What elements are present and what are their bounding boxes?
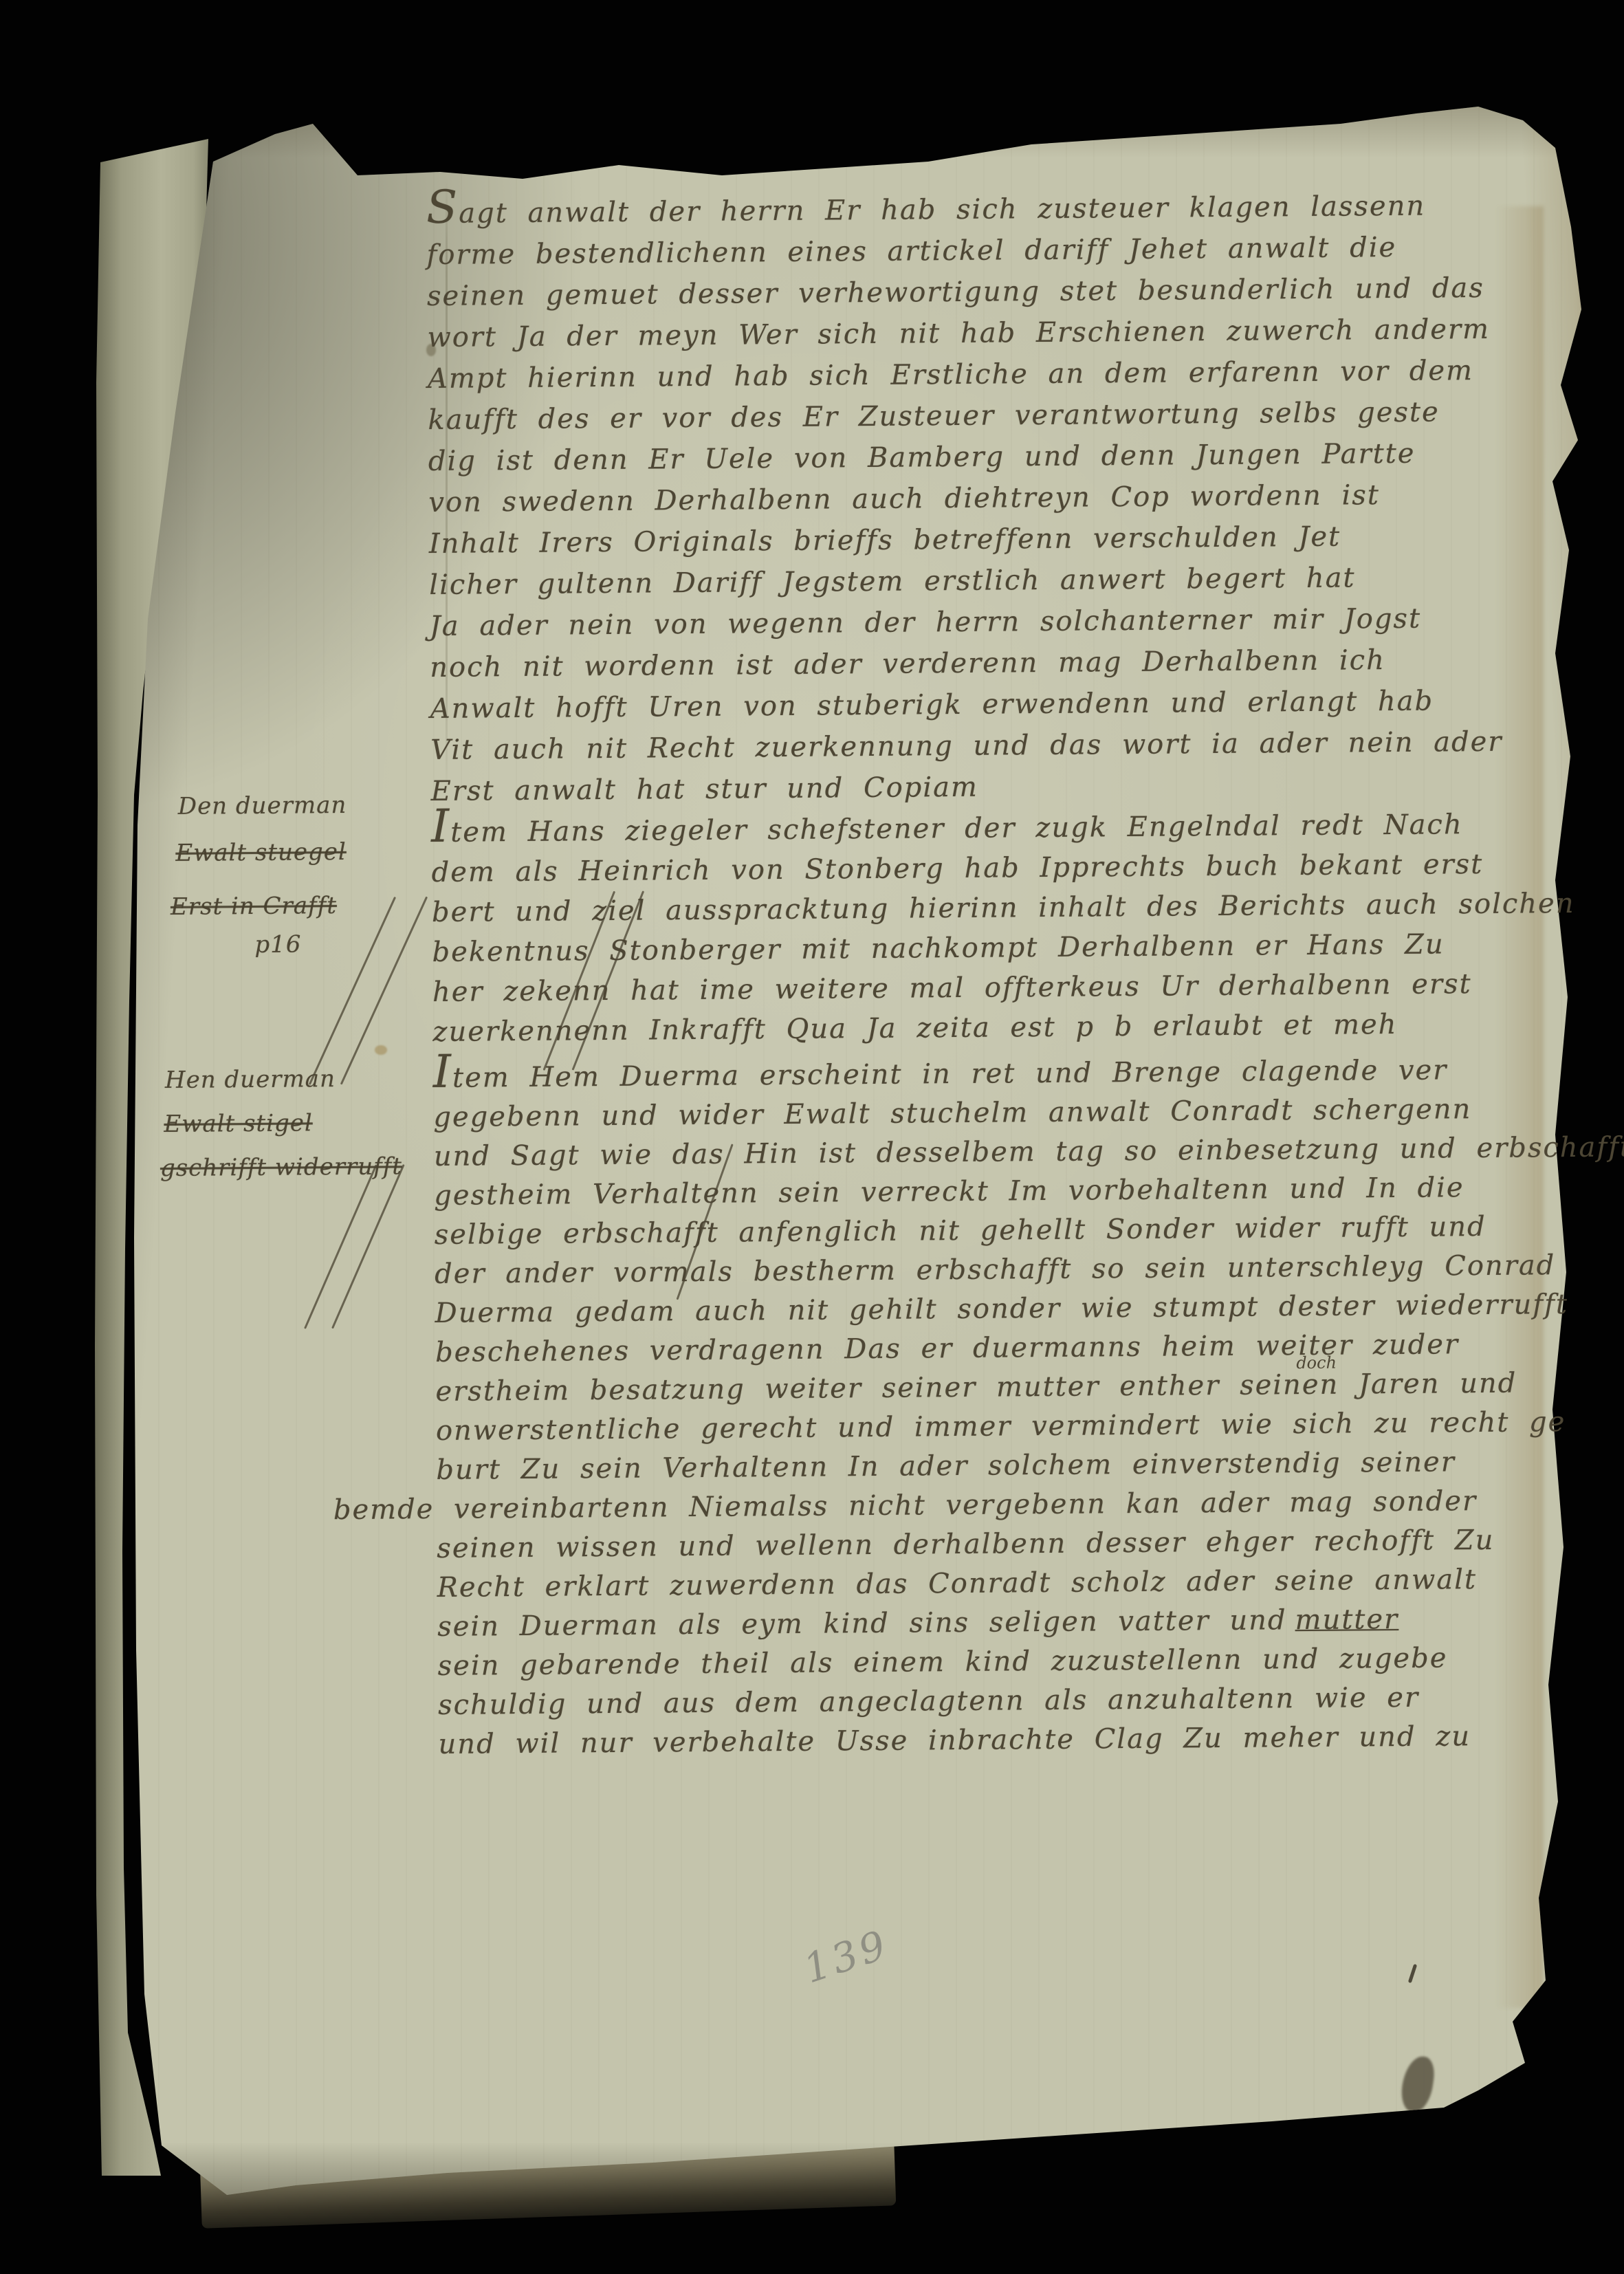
text-line: gegebenn und wider Ewalt stuchelm anwalt… <box>433 1093 1480 1133</box>
pencil-page-number: 139 <box>798 1921 895 1992</box>
text-line: Inhalt Irers Originals brieffs betreffen… <box>429 521 1350 560</box>
text-line: licher gultenn Dariff Jegstem erstlich a… <box>429 562 1364 601</box>
margin-note-1: Den duermanEwalt stuegelErst in Crafftp1… <box>0 0 1623 3</box>
main-text-block: Sagt anwalt der herrn Er hab sich zusteu… <box>0 0 1623 3</box>
text-line: erstheim besatzung weiter seiner mutter … <box>435 1368 1525 1408</box>
text-line: seinen wissen und wellenn derhalbenn des… <box>437 1524 1502 1564</box>
text-line: Ampt hierinn und hab sich Erstliche an d… <box>428 355 1482 395</box>
text-line: Erst anwalt hat stur und Copiam <box>431 772 987 807</box>
text-line: sein gebarende theil als einem kind zuzu… <box>437 1642 1456 1682</box>
margin-note-line: Den duerman <box>178 791 347 820</box>
text-line: bert und ziel ausspracktung hierinn inha… <box>432 888 1583 928</box>
text-line: und wil nur verbehalte Usse inbrachte Cl… <box>438 1720 1479 1760</box>
text-line: Item Hem Duerma erscheint in ret und Bre… <box>433 1054 1456 1094</box>
text-line: von swedenn Derhalbenn auch diehtreyn Co… <box>428 479 1388 518</box>
text-line: und Sagt wie das Hin ist desselbem tag s… <box>434 1131 1624 1172</box>
text-line: noch nit wordenn ist ader verderenn mag … <box>430 644 1394 684</box>
margin-note-line: Ewalt stigel <box>164 1109 313 1138</box>
text-line: Recht erklart zuwerdenn das Conradt scho… <box>437 1564 1486 1604</box>
text-line: Duerma gedam auch nit gehilt sonder wie … <box>435 1289 1577 1329</box>
photo-black-background: Sagt anwalt der herrn Er hab sich zusteu… <box>0 0 1624 2274</box>
text-line: Item Hans ziegeler schefstener der zugk … <box>431 809 1471 849</box>
text-line: sein Duerman als eym kind sins seligen v… <box>437 1604 1398 1643</box>
text-line: der ander vormals bestherm erbschafft so… <box>435 1249 1563 1290</box>
text-line: dem als Heinrich von Stonberg hab Ipprec… <box>431 849 1491 888</box>
text-line: dig ist denn Er Uele von Bamberg und den… <box>428 438 1424 477</box>
text-line: kaufft des er vor des Er Zusteuer verant… <box>428 396 1448 436</box>
text-line: wort Ja der meyn Wer sich nit hab Erschi… <box>427 314 1498 353</box>
text-line: Anwalt hofft Uren von stuberigk erwenden… <box>430 685 1442 725</box>
text-line: Vit auch nit Recht zuerkennung und das w… <box>430 726 1511 766</box>
interlinear-word: doch <box>1296 1353 1337 1373</box>
margin-note-line: p16 <box>254 930 301 959</box>
pen-flourish <box>331 1164 405 1329</box>
text-line: seinen gemuet desser verhewortigung stet… <box>427 272 1493 312</box>
text-line: onwerstentliche gerecht und immer vermin… <box>436 1406 1574 1447</box>
text-line: her zekenn hat ime weitere mal offterkeu… <box>432 968 1480 1008</box>
text-line: bemde vereinbartenn Niemalss nicht verge… <box>333 1485 1486 1526</box>
text-line: burt Zu sein Verhaltenn In ader solchem … <box>436 1446 1464 1486</box>
text-line: selbige erbschafft anfenglich nit gehell… <box>435 1211 1495 1251</box>
margin-note-line: Ewalt stuegel <box>175 838 347 867</box>
margin-note-2: Hen duermanEwalt stigelgschrifft widerru… <box>0 0 1623 3</box>
text-line: zuerkennenn Inkrafft Qua Ja zeita est p … <box>432 1009 1405 1048</box>
margin-note-line: gschrifft widerrufft <box>160 1152 402 1182</box>
text-line: forme bestendlichenn eines artickel dari… <box>426 232 1405 271</box>
margin-note-line: Erst in Crafft <box>171 892 337 921</box>
text-line: gestheim Verhaltenn sein verreckt Im vor… <box>434 1172 1473 1212</box>
handwriting-layer: Sagt anwalt der herrn Er hab sich zusteu… <box>0 0 1624 2274</box>
text-line: Ja ader nein von wegenn der herrn solcha… <box>430 603 1430 642</box>
text-line: Sagt anwalt der herrn Er hab sich zusteu… <box>426 190 1434 230</box>
text-line: schuldig und aus dem angeclagtenn als an… <box>438 1682 1427 1721</box>
